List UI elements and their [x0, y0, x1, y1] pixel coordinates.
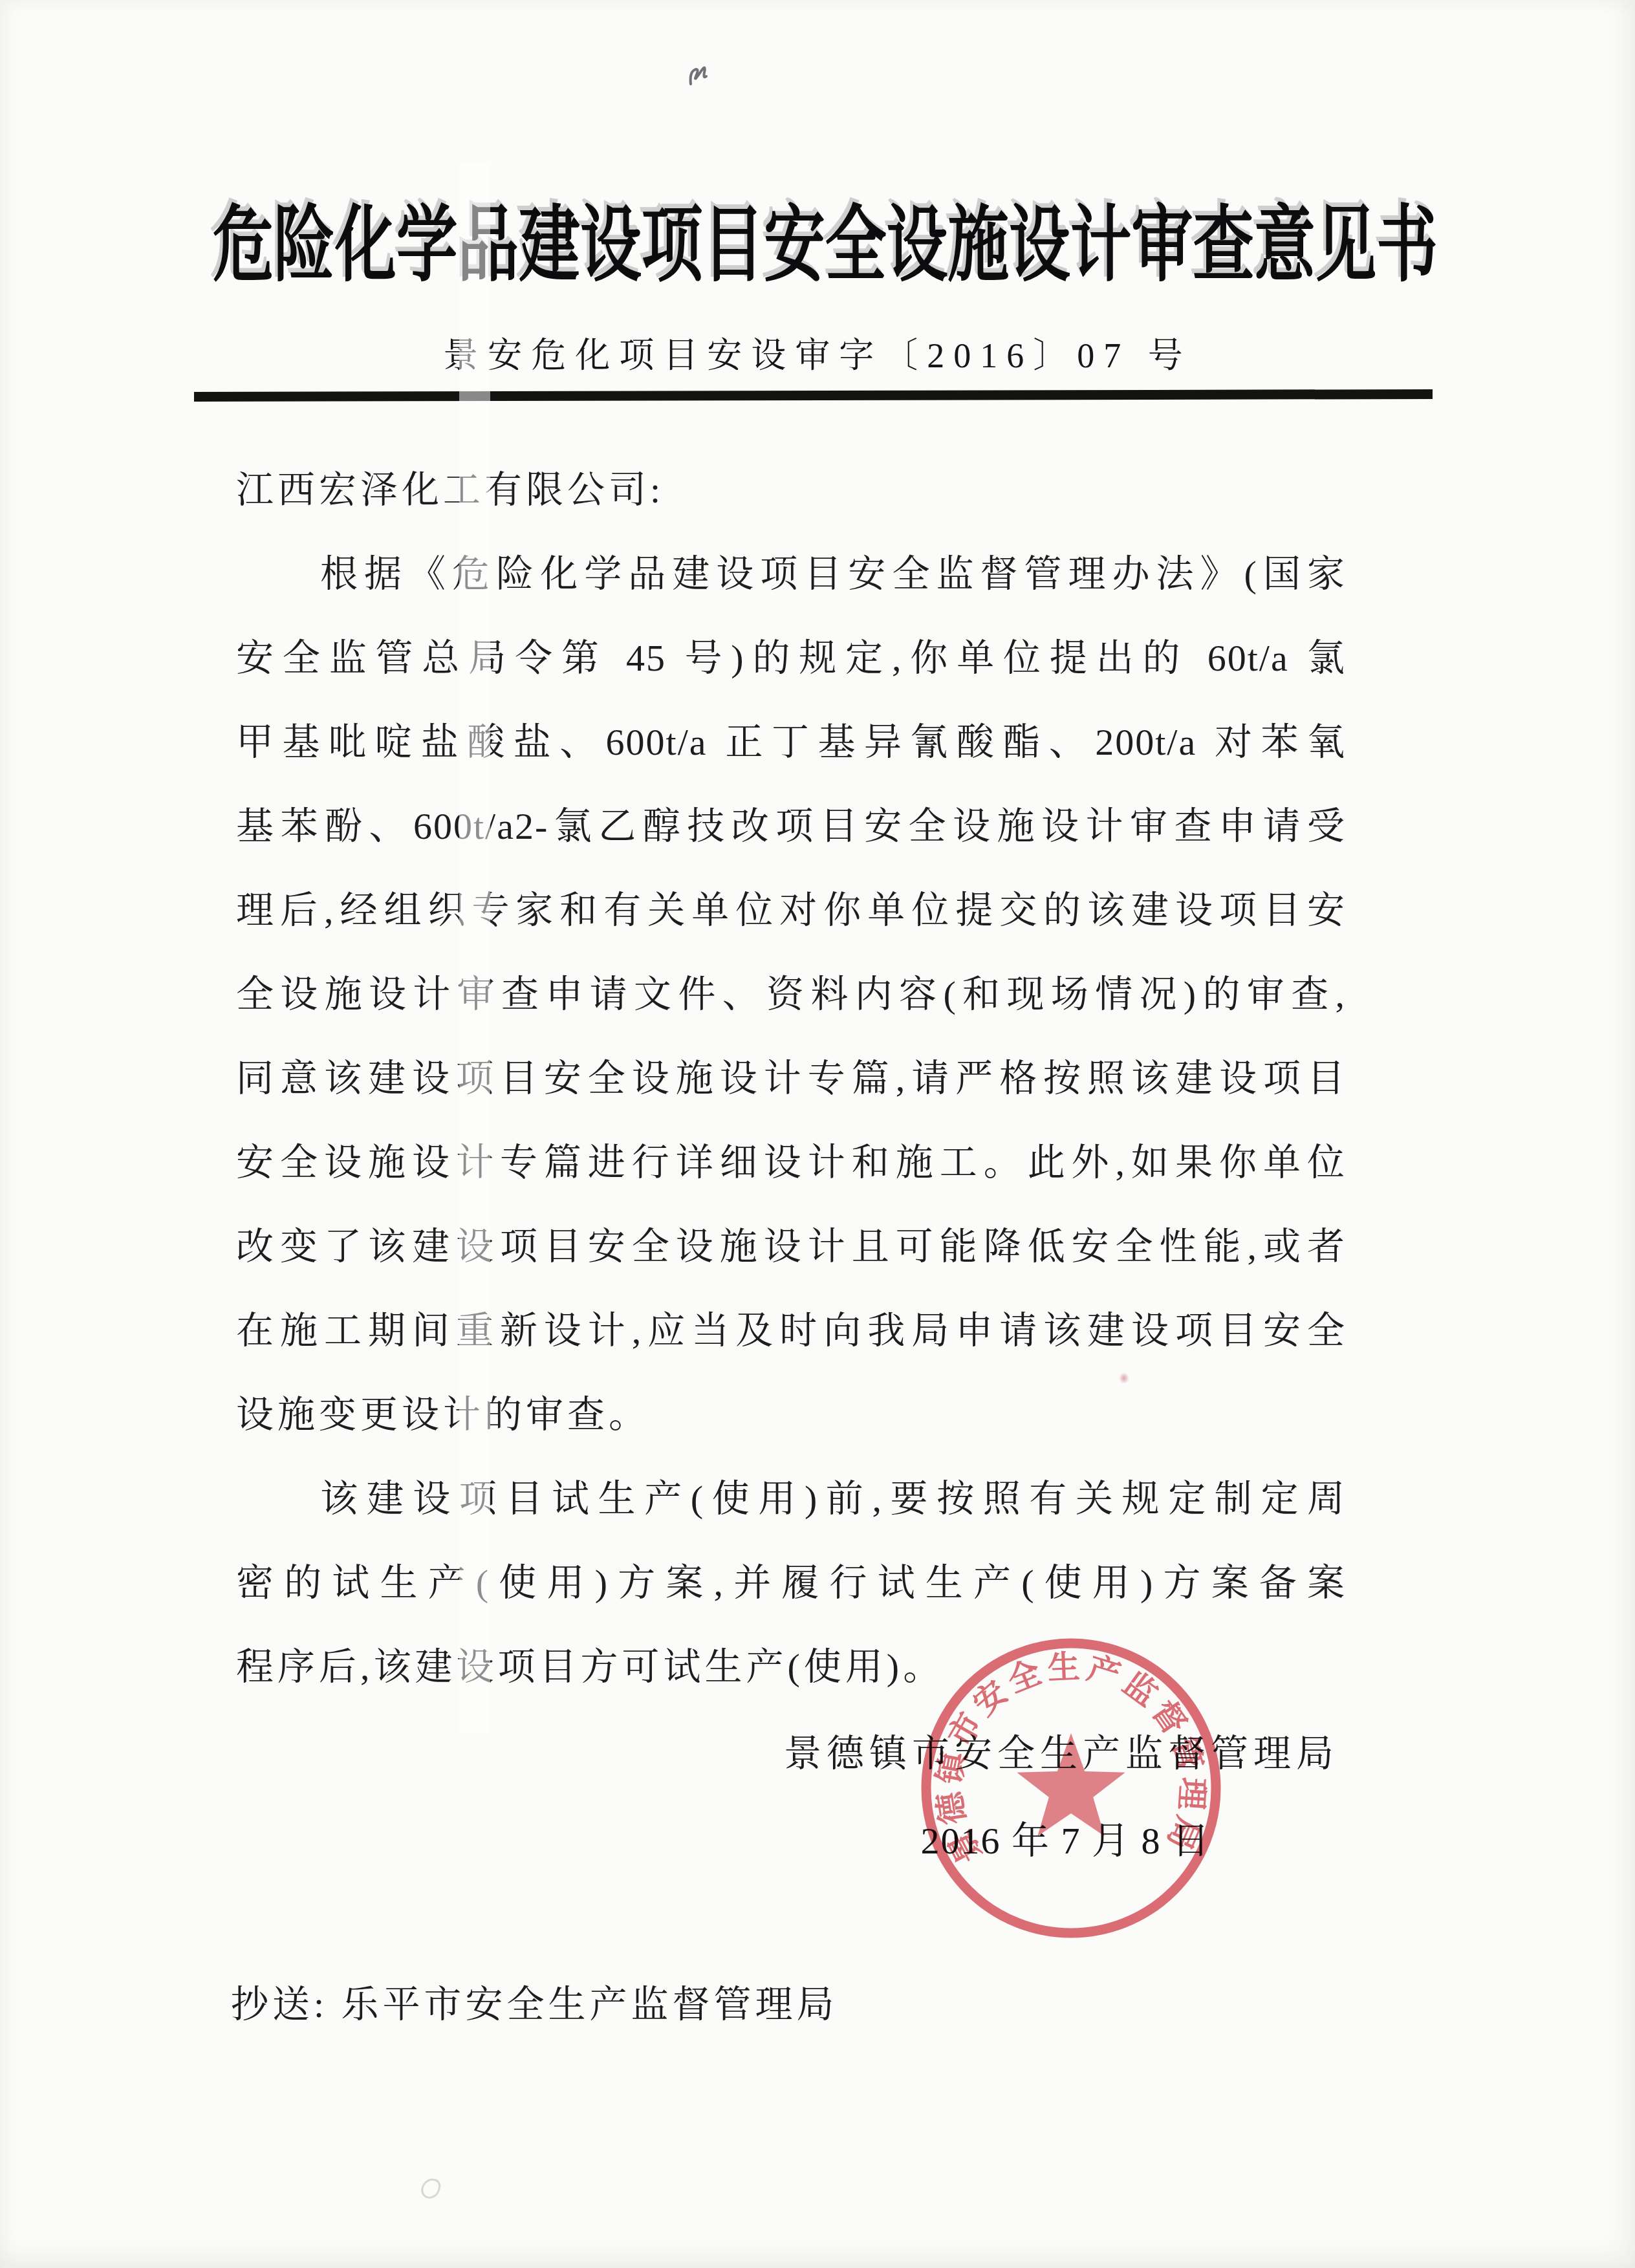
body-line: 同意该建设项目安全设施设计专篇,请严格按照该建设项目: [236, 1037, 1346, 1121]
seal-star-icon: [1017, 1733, 1125, 1836]
body-line: 该建设项目试生产(使用)前,要按照有关规定制定周: [236, 1457, 1346, 1541]
document-title: 危险化学品建设项目安全设施设计审查意见书: [213, 194, 1423, 297]
document-number: 景安危化项目安设审字〔2016〕07 号: [0, 330, 1635, 382]
body-line: 密的试生产(使用)方案,并履行试生产(使用)方案备案: [236, 1541, 1346, 1625]
title-divider: [194, 389, 1433, 402]
body-line: 根据《危险化学品建设项目安全监督管理办法》(国家: [236, 532, 1346, 616]
body-line: 理后,经组织专家和有关单位对你单位提交的该建设项目安: [236, 869, 1346, 953]
body-line: 在施工期间重新设计,应当及时向我局申请该建设项目安全: [236, 1289, 1346, 1373]
body-line: 基苯酚、600t/a2-氯乙醇技改项目安全设施设计审查申请受: [236, 784, 1346, 869]
official-seal-stamp: 景德镇市安全生产监督管理局: [920, 1637, 1222, 1939]
document-page: 危险化学品建设项目安全设施设计审查意见书 景安危化项目安设审字〔2016〕07 …: [0, 0, 1635, 2268]
recipient-line: 江西宏泽化工有限公司:: [236, 448, 1346, 532]
scan-mark-artifact: [419, 2176, 443, 2201]
cc-line: 抄送: 乐平市安全生产监督管理局: [231, 1963, 1395, 2047]
body-line: 甲基吡啶盐酸盐、600t/a 正丁基异氰酸酯、200t/a 对苯氧: [236, 700, 1346, 784]
document-body: 江西宏泽化工有限公司: 根据《危险化学品建设项目安全监督管理办法》(国家 安全监…: [236, 448, 1346, 1709]
body-line: 设施变更设计的审查。: [236, 1373, 1346, 1457]
scan-smudge-artifact: [687, 59, 709, 88]
body-line: 安全监管总局令第 45 号)的规定,你单位提出的 60t/a 氯: [236, 616, 1346, 700]
body-line: 改变了该建设项目安全设施设计且可能降低安全性能,或者: [236, 1205, 1346, 1289]
body-line: 全设施设计审查申请文件、资料内容(和现场情况)的审查,: [236, 953, 1346, 1037]
body-line: 安全设施设计专篇进行详细设计和施工。此外,如果你单位: [236, 1121, 1346, 1205]
